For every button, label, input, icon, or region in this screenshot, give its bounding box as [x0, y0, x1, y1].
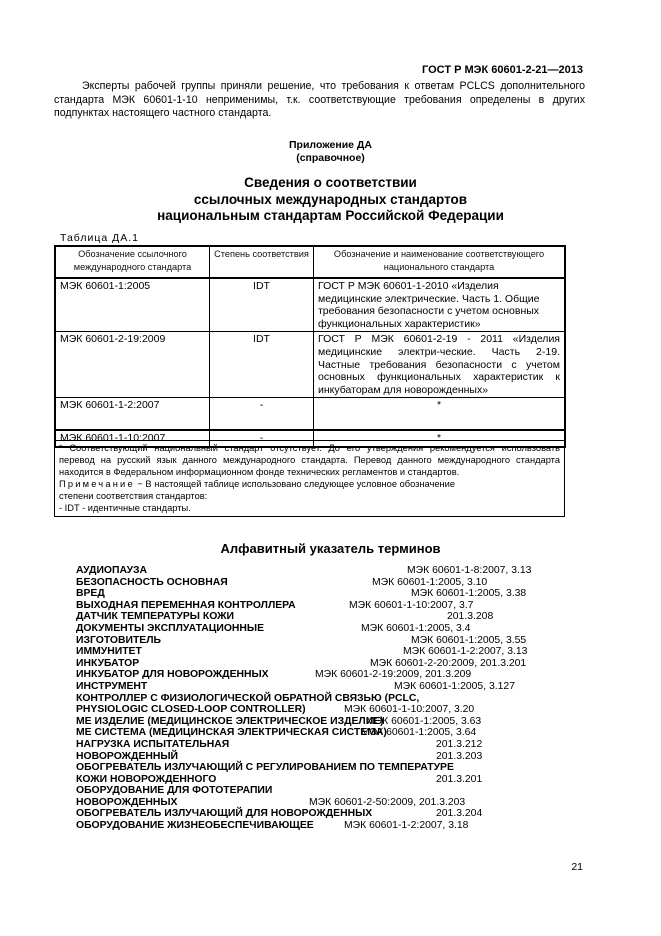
index-term: ИНКУБАТОР ДЛЯ НОВОРОЖДЕННЫХ [76, 669, 269, 681]
index-reference: МЭК 60601-2-50:2009, 201.3.203 [309, 797, 465, 809]
index-term: КОЖИ НОВОРОЖДЕННОГО [76, 774, 216, 786]
document-standard-code: ГОСТ Р МЭК 60601-2-21—2013 [422, 64, 583, 76]
index-reference: 201.3.204 [436, 808, 482, 820]
column-header-intl: Обозначение ссылочного международного ст… [55, 246, 210, 278]
table-header-row: Обозначение ссылочного международного ст… [55, 246, 565, 278]
table-row: МЭК 60601-1:2005 IDT ГОСТ Р МЭК 60601-1-… [55, 278, 565, 332]
index-entry: НАГРУЗКА ИСПЫТАТЕЛЬНАЯ201.3.212 [76, 739, 596, 751]
index-term: НОВОРОЖДЕННЫЙ [76, 751, 178, 763]
column-header-degree: Степень соответствия [210, 246, 314, 278]
index-reference: МЭК 60601-1:2005, 3.10 [372, 577, 487, 589]
index-term: ИЗГОТОВИТЕЛЬ [76, 635, 161, 647]
index-reference: МЭК 60601-1-10:2007, 3.7 [349, 600, 473, 612]
index-reference: МЭК 60601-1:2005, 3.38 [411, 588, 526, 600]
index-reference: МЭК 60601-2-19:2009, 201.3.209 [315, 669, 471, 681]
index-term: PHYSIOLOGIC CLOSED-LOOP CONTROLLER) [76, 704, 306, 716]
index-entry: ОБОРУДОВАНИЕ ДЛЯ ФОТОТЕРАПИИ [76, 785, 596, 797]
index-term: НАГРУЗКА ИСПЫТАТЕЛЬНАЯ [76, 739, 229, 751]
cell-national: ГОСТ Р МЭК 60601-2-19 - 2011 «Изделия ме… [314, 332, 566, 398]
cell-intl: МЭК 60601-1:2005 [55, 278, 210, 332]
index-reference: 201.3.203 [436, 751, 482, 763]
index-reference: МЭК 60601-1-2:2007, 3.18 [344, 820, 468, 832]
cell-degree: - [210, 398, 314, 431]
index-term: ИНСТРУМЕНТ [76, 681, 147, 693]
index-reference: МЭК 60601-1-8:2007, 3.13 [407, 565, 531, 577]
index-reference: 201.3.208 [447, 611, 493, 623]
index-entry: ВЫХОДНАЯ ПЕРЕМЕННАЯ КОНТРОЛЛЕРАМЭК 60601… [76, 600, 596, 612]
index-entry: ИЗГОТОВИТЕЛЬМЭК 60601-1:2005, 3.55 [76, 635, 596, 647]
index-term: АУДИОПАУЗА [76, 565, 147, 577]
appendix-title-line: национальным стандартам Российской Федер… [0, 208, 661, 225]
index-reference: МЭК 60601-1:2005, 3.4 [361, 623, 470, 635]
index-reference: 201.3.212 [436, 739, 482, 751]
index-term: ОБОРУДОВАНИЕ ЖИЗНЕОБЕСПЕЧИВАЮЩЕЕ [76, 820, 314, 832]
index-term: ВЫХОДНАЯ ПЕРЕМЕННАЯ КОНТРОЛЛЕРА [76, 600, 296, 612]
index-entry: PHYSIOLOGIC CLOSED-LOOP CONTROLLER)МЭК 6… [76, 704, 596, 716]
index-entry: НОВОРОЖДЕННЫЙ201.3.203 [76, 751, 596, 763]
table-footnote-box: * Соответствующий национальный стандарт … [54, 440, 565, 517]
index-term: ИНКУБАТОР [76, 658, 139, 670]
note-text: − В настоящей таблице использовано следу… [135, 479, 455, 489]
cell-national: ГОСТ Р МЭК 60601-1-2010 «Изделия медицин… [314, 278, 566, 332]
table-note-line: степени соответствия стандартов: [59, 490, 560, 502]
index-entry: ИНКУБАТОР ДЛЯ НОВОРОЖДЕННЫХМЭК 60601-2-1… [76, 669, 596, 681]
index-term: ДОКУМЕНТЫ ЭКСПЛУАТАЦИОННЫЕ [76, 623, 264, 635]
cell-intl: МЭК 60601-1-2:2007 [55, 398, 210, 431]
cell-degree: IDT [210, 278, 314, 332]
index-reference: МЭК 60601-1-10:2007, 3.20 [344, 704, 474, 716]
appendix-title: Сведения о соответствии ссылочных междун… [0, 175, 661, 225]
index-entry: АУДИОПАУЗАМЭК 60601-1-8:2007, 3.13 [76, 565, 596, 577]
index-term: ОБОРУДОВАНИЕ ДЛЯ ФОТОТЕРАПИИ [76, 785, 272, 797]
index-reference: МЭК 60601-1:2005, 3.55 [411, 635, 526, 647]
index-entry: КОНТРОЛЛЕР С ФИЗИОЛОГИЧЕСКОЙ ОБРАТНОЙ СВ… [76, 693, 596, 705]
note-label: Примечание [59, 479, 135, 489]
index-entry: ОБОГРЕВАТЕЛЬ ИЗЛУЧАЮЩИЙ С РЕГУЛИРОВАНИЕМ… [76, 762, 596, 774]
cell-intl: МЭК 60601-2-19:2009 [55, 332, 210, 398]
cell-degree: IDT [210, 332, 314, 398]
table-note: Примечание − В настоящей таблице использ… [59, 478, 560, 490]
index-reference: МЭК 60601-1:2005, 3.64 [361, 727, 476, 739]
index-entry: БЕЗОПАСНОСТЬ ОСНОВНАЯМЭК 60601-1:2005, 3… [76, 577, 596, 589]
index-reference: МЭК 60601-1:2005, 3.127 [394, 681, 515, 693]
index-term: ОБОГРЕВАТЕЛЬ ИЗЛУЧАЮЩИЙ ДЛЯ НОВОРОЖДЕННЫ… [76, 808, 372, 820]
term-index: АУДИОПАУЗАМЭК 60601-1-8:2007, 3.13БЕЗОПА… [76, 565, 596, 832]
index-term: БЕЗОПАСНОСТЬ ОСНОВНАЯ [76, 577, 228, 589]
appendix-label: Приложение ДА [0, 139, 661, 152]
index-entry: ИНСТРУМЕНТМЭК 60601-1:2005, 3.127 [76, 681, 596, 693]
index-entry: МЕ СИСТЕМА (МЕДИЦИНСКАЯ ЭЛЕКТРИЧЕСКАЯ СИ… [76, 727, 596, 739]
index-reference: МЭК 60601-1-2:2007, 3.13 [403, 646, 527, 658]
appendix-sublabel: (справочное) [0, 152, 661, 165]
index-term: МЕ СИСТЕМА (МЕДИЦИНСКАЯ ЭЛЕКТРИЧЕСКАЯ СИ… [76, 727, 387, 739]
index-entry: ИММУНИТЕТМЭК 60601-1-2:2007, 3.13 [76, 646, 596, 658]
index-term: НОВОРОЖДЕННЫХ [76, 797, 178, 809]
table-row: МЭК 60601-2-19:2009 IDT ГОСТ Р МЭК 60601… [55, 332, 565, 398]
index-reference: 201.3.201 [436, 774, 482, 786]
index-entry: ВРЕДМЭК 60601-1:2005, 3.38 [76, 588, 596, 600]
index-term: ДАТЧИК ТЕМПЕРАТУРЫ КОЖИ [76, 611, 234, 623]
table-caption: Таблица ДА.1 [60, 232, 139, 244]
column-header-national: Обозначение и наименование соответствующ… [314, 246, 566, 278]
index-reference: МЭК 60601-2-20:2009, 201.3.201 [370, 658, 526, 670]
table-footnote: * Соответствующий национальный стандарт … [59, 442, 560, 478]
appendix-title-line: ссылочных международных стандартов [0, 192, 661, 209]
table-row: МЭК 60601-1-2:2007 - * [55, 398, 565, 431]
index-term: КОНТРОЛЛЕР С ФИЗИОЛОГИЧЕСКОЙ ОБРАТНОЙ СВ… [76, 693, 419, 705]
index-term: ВРЕД [76, 588, 105, 600]
cell-national: * [314, 398, 566, 431]
appendix-heading: Приложение ДА (справочное) [0, 139, 661, 165]
index-entry: ОБОРУДОВАНИЕ ЖИЗНЕОБЕСПЕЧИВАЮЩЕЕМЭК 6060… [76, 820, 596, 832]
appendix-title-line: Сведения о соответствии [0, 175, 661, 192]
index-entry: МЕ ИЗДЕЛИЕ (МЕДИЦИНСКОЕ ЭЛЕКТРИЧЕСКОЕ ИЗ… [76, 716, 596, 728]
index-title: Алфавитный указатель терминов [0, 541, 661, 556]
page-number: 21 [571, 861, 583, 873]
table-note-line: - IDT - идентичные стандарты. [59, 502, 560, 514]
index-entry: НОВОРОЖДЕННЫХМЭК 60601-2-50:2009, 201.3.… [76, 797, 596, 809]
intro-text: Эксперты рабочей группы приняли решение,… [54, 80, 585, 119]
index-term: ОБОГРЕВАТЕЛЬ ИЗЛУЧАЮЩИЙ С РЕГУЛИРОВАНИЕМ… [76, 762, 454, 774]
index-entry: ИНКУБАТОРМЭК 60601-2-20:2009, 201.3.201 [76, 658, 596, 670]
index-reference: МЭК 60601-1:2005, 3.63 [366, 716, 481, 728]
index-entry: ДАТЧИК ТЕМПЕРАТУРЫ КОЖИ201.3.208 [76, 611, 596, 623]
intro-paragraph: Эксперты рабочей группы приняли решение,… [54, 80, 585, 121]
index-entry: ОБОГРЕВАТЕЛЬ ИЗЛУЧАЮЩИЙ ДЛЯ НОВОРОЖДЕННЫ… [76, 808, 596, 820]
correspondence-table: Обозначение ссылочного международного ст… [54, 245, 566, 448]
index-term: МЕ ИЗДЕЛИЕ (МЕДИЦИНСКОЕ ЭЛЕКТРИЧЕСКОЕ ИЗ… [76, 716, 384, 728]
index-entry: КОЖИ НОВОРОЖДЕННОГО201.3.201 [76, 774, 596, 786]
index-entry: ДОКУМЕНТЫ ЭКСПЛУАТАЦИОННЫЕМЭК 60601-1:20… [76, 623, 596, 635]
index-term: ИММУНИТЕТ [76, 646, 142, 658]
